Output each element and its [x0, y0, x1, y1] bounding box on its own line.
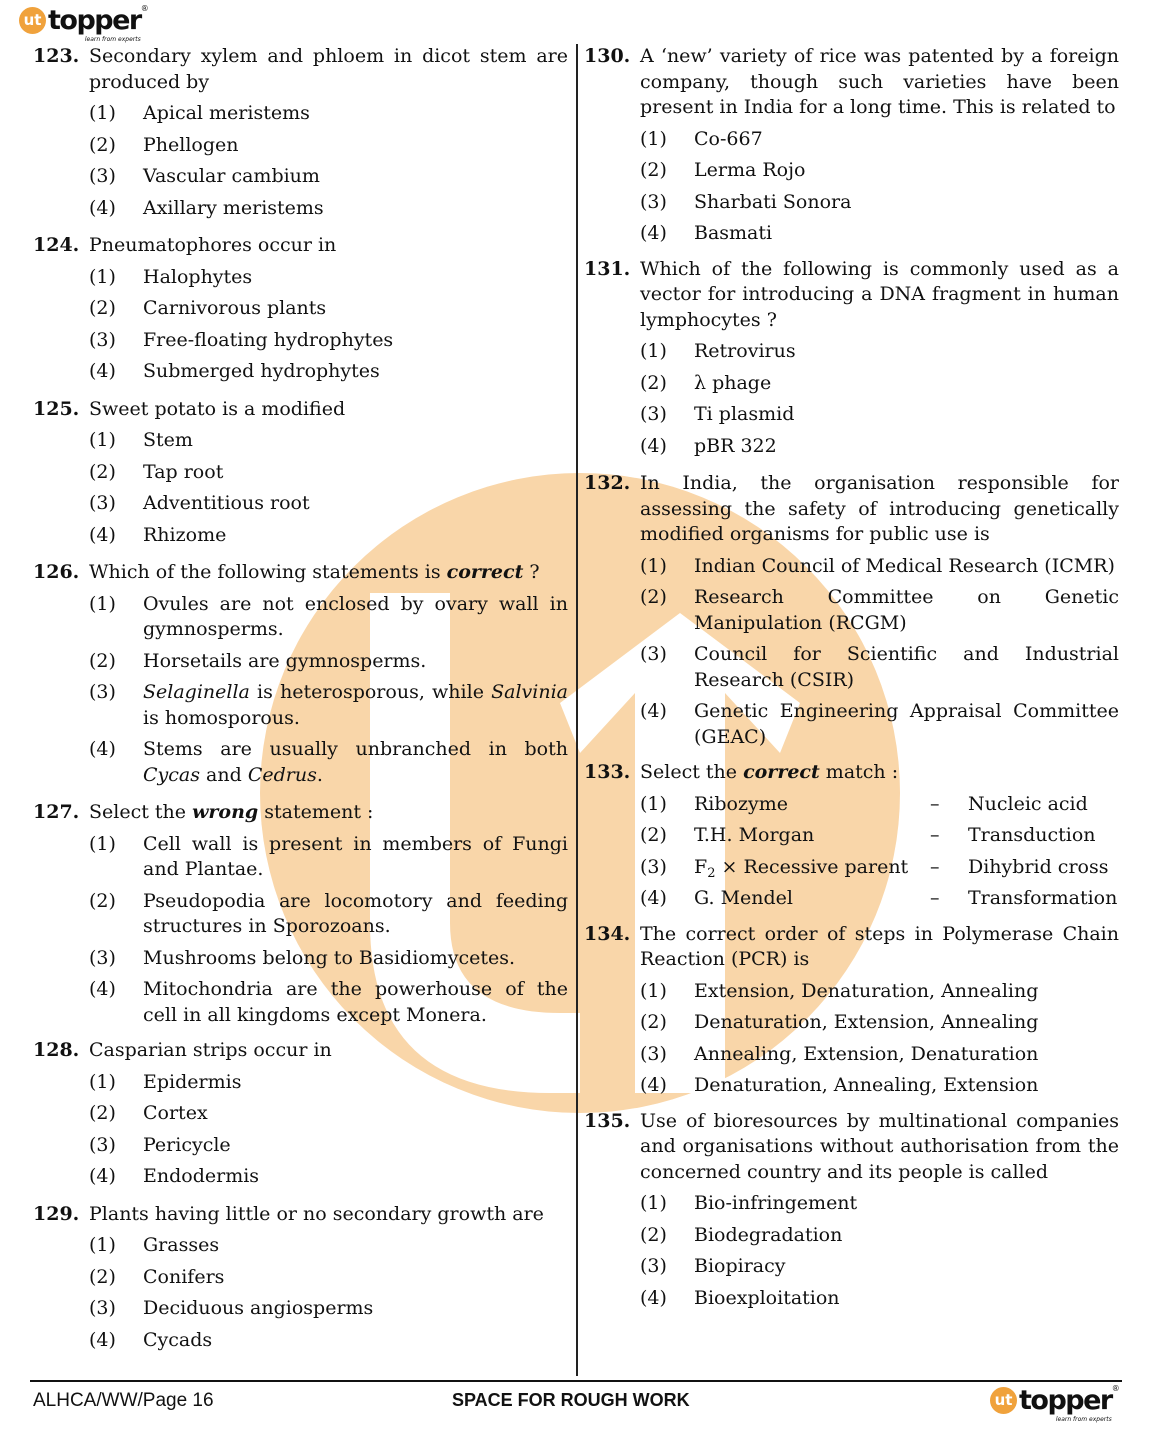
option-number: (2)	[89, 889, 143, 940]
question-block: 132.In India, the organisation responsib…	[584, 471, 1119, 750]
question-header: 134.The correct order of steps in Polyme…	[584, 922, 1119, 973]
question-number: 123.	[33, 44, 89, 95]
question-block: 130.A ‘new’ variety of rice was patented…	[584, 44, 1119, 247]
option-number: (1)	[640, 127, 694, 153]
match-dash: –	[930, 855, 968, 881]
answer-option: (3)Sharbati Sonora	[584, 190, 1119, 216]
option-number: (2)	[640, 585, 694, 636]
question-number: 129.	[33, 1202, 89, 1228]
question-block: 131.Which of the following is commonly u…	[584, 257, 1119, 460]
option-number: (1)	[89, 265, 143, 291]
option-text: Epidermis	[143, 1070, 568, 1096]
logo-wordmark: topper ® learn from experts	[1019, 1387, 1112, 1414]
answer-option: (3)Mushrooms belong to Basidiomycetes.	[33, 946, 568, 972]
question-text: Sweet potato is a modified	[89, 397, 568, 423]
answer-option: (1)Ribozyme–Nucleic acid	[584, 792, 1119, 818]
option-number: (1)	[640, 339, 694, 365]
logo-tagline: learn from experts	[85, 37, 141, 43]
option-number: (3)	[640, 402, 694, 428]
option-number: (1)	[89, 1070, 143, 1096]
option-text: Ovules are not enclosed by ovary wall in…	[143, 592, 568, 643]
match-left: F2 × Recessive parent	[694, 855, 930, 881]
option-number: (2)	[640, 1010, 694, 1036]
question-header: 129.Plants having little or no secondary…	[33, 1202, 568, 1228]
answer-option: (2)Pseudopodia are locomotory and feedin…	[33, 889, 568, 940]
answer-option: (4)Axillary meristems	[33, 196, 568, 222]
match-dash: –	[930, 886, 968, 912]
question-header: 125.Sweet potato is a modified	[33, 397, 568, 423]
option-text: Free-floating hydrophytes	[143, 328, 568, 354]
italic-term: Cedrus	[248, 764, 317, 786]
option-number: (1)	[89, 101, 143, 127]
answer-option: (4)Basmati	[584, 221, 1119, 247]
option-number: (1)	[89, 832, 143, 883]
question-header: 124.Pneumatophores occur in	[33, 233, 568, 259]
question-number: 124.	[33, 233, 89, 259]
answer-option: (1)Apical meristems	[33, 101, 568, 127]
option-number: (3)	[89, 1133, 143, 1159]
italic-term: Selaginella	[143, 681, 250, 703]
option-text: Cell wall is present in members of Fungi…	[143, 832, 568, 883]
answer-option: (1)Extension, Denaturation, Annealing	[584, 979, 1119, 1005]
question-number: 125.	[33, 397, 89, 423]
question-text-post: statement :	[258, 801, 373, 823]
question-emphasis: correct	[447, 561, 524, 583]
option-number: (3)	[640, 190, 694, 216]
registered-mark: ®	[141, 5, 149, 13]
footer-rule	[30, 1380, 1122, 1382]
option-number: (2)	[640, 371, 694, 397]
option-number: (4)	[640, 1073, 694, 1099]
option-number: (4)	[89, 523, 143, 549]
answer-option: (1)Cell wall is present in members of Fu…	[33, 832, 568, 883]
question-text: A ‘new’ variety of rice was patented by …	[640, 44, 1119, 121]
answer-option: (1)Stem	[33, 428, 568, 454]
option-number: (2)	[89, 649, 143, 675]
answer-option: (3)Adventitious root	[33, 491, 568, 517]
column-divider	[576, 44, 578, 1376]
question-block: 123.Secondary xylem and phloem in dicot …	[33, 44, 568, 221]
option-text-part: and	[200, 764, 248, 786]
answer-option: (1)Retrovirus	[584, 339, 1119, 365]
question-block: 129.Plants having little or no secondary…	[33, 1202, 568, 1354]
question-block: 125.Sweet potato is a modified(1)Stem(2)…	[33, 397, 568, 549]
option-text-part: Stems are usually unbranched in both	[143, 738, 568, 760]
answer-option: (2)Denaturation, Extension, Annealing	[584, 1010, 1119, 1036]
answer-option: (3)Selaginella is heterosporous, while S…	[33, 680, 568, 731]
question-emphasis: correct	[743, 761, 820, 783]
option-text: Tap root	[143, 460, 568, 486]
question-block: 135.Use of bioresources by multinational…	[584, 1109, 1119, 1312]
topper-logo: ut topper ® learn from experts	[19, 7, 141, 34]
option-text: Cortex	[143, 1101, 568, 1127]
option-text: Cycads	[143, 1328, 568, 1354]
question-header: 133.Select the correct match :	[584, 760, 1119, 786]
answer-option: (1)Indian Council of Medical Research (I…	[584, 554, 1119, 580]
question-number: 131.	[584, 257, 640, 334]
question-number: 133.	[584, 760, 640, 786]
option-text: Stem	[143, 428, 568, 454]
match-dash: –	[930, 823, 968, 849]
answer-option: (4)Submerged hydrophytes	[33, 359, 568, 385]
question-number: 135.	[584, 1109, 640, 1186]
option-number: (2)	[89, 133, 143, 159]
option-text: Selaginella is heterosporous, while Salv…	[143, 680, 568, 731]
option-text: Sharbati Sonora	[694, 190, 1119, 216]
answer-option: (2)Phellogen	[33, 133, 568, 159]
question-text-post: ?	[523, 561, 539, 583]
option-text-part: is heterosporous, while	[250, 681, 491, 703]
question-text: Which of the following statements is cor…	[89, 560, 568, 586]
logo-tagline: learn from experts	[1056, 1417, 1112, 1423]
answer-option: (4)G. Mendel–Transformation	[584, 886, 1119, 912]
option-number: (1)	[640, 554, 694, 580]
option-text: Conifers	[143, 1265, 568, 1291]
option-text: Mushrooms belong to Basidiomycetes.	[143, 946, 568, 972]
option-text: Apical meristems	[143, 101, 568, 127]
option-number: (4)	[89, 1164, 143, 1190]
question-text: Secondary xylem and phloem in dicot stem…	[89, 44, 568, 95]
question-header: 131.Which of the following is commonly u…	[584, 257, 1119, 334]
option-number: (3)	[89, 491, 143, 517]
option-text: Denaturation, Extension, Annealing	[694, 1010, 1119, 1036]
option-text-part: is homosporous.	[143, 707, 300, 729]
option-number: (3)	[640, 855, 694, 881]
answer-option: (3)Pericycle	[33, 1133, 568, 1159]
question-text: Select the correct match :	[640, 760, 1119, 786]
page-code: ALHCA/WW/Page 16	[33, 1390, 214, 1412]
option-text: λ phage	[694, 371, 1119, 397]
answer-option: (1)Bio-infringement	[584, 1191, 1119, 1217]
option-text: pBR 322	[694, 434, 1119, 460]
option-number: (4)	[89, 737, 143, 788]
question-number: 127.	[33, 800, 89, 826]
option-number: (2)	[640, 823, 694, 849]
topper-logo-footer: ut topper ® learn from experts	[990, 1387, 1112, 1414]
option-text: Pericycle	[143, 1133, 568, 1159]
option-text: Extension, Denaturation, Annealing	[694, 979, 1119, 1005]
match-dash: –	[930, 792, 968, 818]
question-header: 126.Which of the following statements is…	[33, 560, 568, 586]
question-number: 134.	[584, 922, 640, 973]
option-text: Phellogen	[143, 133, 568, 159]
italic-term: Salvinia	[491, 681, 568, 703]
question-number: 126.	[33, 560, 89, 586]
option-text: Endodermis	[143, 1164, 568, 1190]
question-text-pre: Which of the following statements is	[89, 561, 447, 583]
answer-option: (2)Lerma Rojo	[584, 158, 1119, 184]
answer-option: (3)Ti plasmid	[584, 402, 1119, 428]
option-number: (4)	[640, 699, 694, 750]
option-text: Genetic Engineering Appraisal Committee …	[694, 699, 1119, 750]
option-number: (2)	[89, 296, 143, 322]
option-text: Carnivorous plants	[143, 296, 568, 322]
answer-option: (4)Genetic Engineering Appraisal Committ…	[584, 699, 1119, 750]
question-header: 135.Use of bioresources by multinational…	[584, 1109, 1119, 1186]
option-text: Indian Council of Medical Research (ICMR…	[694, 554, 1119, 580]
option-text: Halophytes	[143, 265, 568, 291]
option-text: Deciduous angiosperms	[143, 1296, 568, 1322]
option-text-part: .	[317, 764, 323, 786]
question-header: 127.Select the wrong statement :	[33, 800, 568, 826]
option-text: Retrovirus	[694, 339, 1119, 365]
option-number: (2)	[640, 158, 694, 184]
option-text: Axillary meristems	[143, 196, 568, 222]
answer-option: (2)Research Committee on Genetic Manipul…	[584, 585, 1119, 636]
answer-option: (3)Biopiracy	[584, 1254, 1119, 1280]
question-block: 133.Select the correct match :(1)Ribozym…	[584, 760, 1119, 912]
option-text: Pseudopodia are locomotory and feeding s…	[143, 889, 568, 940]
exam-page: ut topper ® learn from experts 123.Secon…	[0, 0, 1152, 1445]
answer-option: (4)Rhizome	[33, 523, 568, 549]
question-text-pre: Select the	[89, 801, 192, 823]
question-number: 128.	[33, 1038, 89, 1064]
option-number: (4)	[89, 196, 143, 222]
option-number: (3)	[640, 1254, 694, 1280]
answer-option: (1)Co-667	[584, 127, 1119, 153]
option-text: Bioexploitation	[694, 1286, 1119, 1312]
logo-word: topper	[48, 5, 141, 36]
option-text: Denaturation, Annealing, Extension	[694, 1073, 1119, 1099]
option-number: (3)	[89, 946, 143, 972]
match-right: Dihybrid cross	[968, 855, 1119, 881]
option-number: (4)	[640, 221, 694, 247]
option-text: Lerma Rojo	[694, 158, 1119, 184]
option-text: Rhizome	[143, 523, 568, 549]
answer-option: (3)Council for Scientific and Industrial…	[584, 642, 1119, 693]
answer-option: (3)Deciduous angiosperms	[33, 1296, 568, 1322]
logo-wordmark: topper ® learn from experts	[48, 7, 141, 34]
answer-option: (2)T.H. Morgan–Transduction	[584, 823, 1119, 849]
question-emphasis: wrong	[192, 801, 258, 823]
right-column: 130.A ‘new’ variety of rice was patented…	[584, 44, 1119, 1321]
option-number: (3)	[89, 328, 143, 354]
question-text: Casparian strips occur in	[89, 1038, 568, 1064]
match-left: T.H. Morgan	[694, 823, 930, 849]
question-text: Plants having little or no secondary gro…	[89, 1202, 568, 1228]
option-number: (1)	[640, 1191, 694, 1217]
option-number: (3)	[89, 164, 143, 190]
question-block: 124.Pneumatophores occur in(1)Halophytes…	[33, 233, 568, 385]
answer-option: (1)Ovules are not enclosed by ovary wall…	[33, 592, 568, 643]
option-text: Submerged hydrophytes	[143, 359, 568, 385]
answer-option: (4)Stems are usually unbranched in both …	[33, 737, 568, 788]
option-number: (3)	[640, 1042, 694, 1068]
question-header: 123.Secondary xylem and phloem in dicot …	[33, 44, 568, 95]
match-right: Nucleic acid	[968, 792, 1119, 818]
answer-option: (2)λ phage	[584, 371, 1119, 397]
question-block: 127.Select the wrong statement :(1)Cell …	[33, 800, 568, 1028]
answer-option: (1)Grasses	[33, 1233, 568, 1259]
answer-option: (1)Epidermis	[33, 1070, 568, 1096]
match-right: Transformation	[968, 886, 1119, 912]
registered-mark: ®	[1112, 1385, 1120, 1393]
option-text: Grasses	[143, 1233, 568, 1259]
answer-option: (2)Horsetails are gymnosperms.	[33, 649, 568, 675]
answer-option: (2)Tap root	[33, 460, 568, 486]
option-text: Biopiracy	[694, 1254, 1119, 1280]
option-text: Co-667	[694, 127, 1119, 153]
answer-option: (3)F2 × Recessive parent–Dihybrid cross	[584, 855, 1119, 881]
question-text-post: match :	[820, 761, 898, 783]
question-block: 126.Which of the following statements is…	[33, 560, 568, 788]
option-text: Stems are usually unbranched in both Cyc…	[143, 737, 568, 788]
option-number: (4)	[89, 359, 143, 385]
answer-option: (2)Carnivorous plants	[33, 296, 568, 322]
option-text: Horsetails are gymnosperms.	[143, 649, 568, 675]
option-text: Basmati	[694, 221, 1119, 247]
option-number: (2)	[89, 1101, 143, 1127]
question-block: 128.Casparian strips occur in(1)Epidermi…	[33, 1038, 568, 1190]
question-header: 128.Casparian strips occur in	[33, 1038, 568, 1064]
option-text: Annealing, Extension, Denaturation	[694, 1042, 1119, 1068]
option-text: Mitochondria are the powerhouse of the c…	[143, 977, 568, 1028]
option-number: (3)	[89, 1296, 143, 1322]
question-text: Which of the following is commonly used …	[640, 257, 1119, 334]
question-text: In India, the organisation responsible f…	[640, 471, 1119, 548]
question-text: Use of bioresources by multinational com…	[640, 1109, 1119, 1186]
option-number: (4)	[640, 1286, 694, 1312]
topper-badge-icon: ut	[990, 1387, 1017, 1414]
match-left-post: × Recessive parent	[715, 856, 908, 878]
option-number: (2)	[89, 1265, 143, 1291]
option-number: (1)	[640, 792, 694, 818]
option-number: (1)	[89, 428, 143, 454]
option-number: (4)	[640, 434, 694, 460]
left-column: 123.Secondary xylem and phloem in dicot …	[33, 44, 568, 1363]
answer-option: (1)Halophytes	[33, 265, 568, 291]
answer-option: (4)Endodermis	[33, 1164, 568, 1190]
question-number: 130.	[584, 44, 640, 121]
answer-option: (4)Denaturation, Annealing, Extension	[584, 1073, 1119, 1099]
answer-option: (4)pBR 322	[584, 434, 1119, 460]
rough-work-note: SPACE FOR ROUGH WORK	[452, 1390, 690, 1411]
option-number: (1)	[89, 592, 143, 643]
question-text: Pneumatophores occur in	[89, 233, 568, 259]
answer-option: (4)Mitochondria are the powerhouse of th…	[33, 977, 568, 1028]
question-header: 132.In India, the organisation responsib…	[584, 471, 1119, 548]
match-left: G. Mendel	[694, 886, 930, 912]
option-number: (4)	[89, 977, 143, 1028]
answer-option: (3)Vascular cambium	[33, 164, 568, 190]
option-number: (2)	[640, 1223, 694, 1249]
question-header: 130.A ‘new’ variety of rice was patented…	[584, 44, 1119, 121]
answer-option: (4)Cycads	[33, 1328, 568, 1354]
option-text: Bio-infringement	[694, 1191, 1119, 1217]
option-number: (3)	[640, 642, 694, 693]
option-number: (4)	[640, 886, 694, 912]
question-number: 132.	[584, 471, 640, 548]
option-text: Council for Scientific and Industrial Re…	[694, 642, 1119, 693]
logo-word: topper	[1019, 1385, 1112, 1416]
question-text-pre: Select the	[640, 761, 743, 783]
option-number: (1)	[640, 979, 694, 1005]
answer-option: (2)Conifers	[33, 1265, 568, 1291]
answer-option: (3)Free-floating hydrophytes	[33, 328, 568, 354]
match-left-pre: F	[694, 856, 707, 878]
topper-badge-icon: ut	[19, 7, 46, 34]
answer-option: (4)Bioexploitation	[584, 1286, 1119, 1312]
question-block: 134.The correct order of steps in Polyme…	[584, 922, 1119, 1099]
match-right: Transduction	[968, 823, 1119, 849]
question-text: Select the wrong statement :	[89, 800, 568, 826]
option-number: (2)	[89, 460, 143, 486]
option-text: Ti plasmid	[694, 402, 1119, 428]
italic-term: Cycas	[143, 764, 200, 786]
option-number: (4)	[89, 1328, 143, 1354]
option-text: Research Committee on Genetic Manipulati…	[694, 585, 1119, 636]
answer-option: (3)Annealing, Extension, Denaturation	[584, 1042, 1119, 1068]
answer-option: (2)Cortex	[33, 1101, 568, 1127]
answer-option: (2)Biodegradation	[584, 1223, 1119, 1249]
option-number: (3)	[89, 680, 143, 731]
option-text: Adventitious root	[143, 491, 568, 517]
match-left: Ribozyme	[694, 792, 930, 818]
question-text: The correct order of steps in Polymerase…	[640, 922, 1119, 973]
option-text: Vascular cambium	[143, 164, 568, 190]
option-text: Biodegradation	[694, 1223, 1119, 1249]
option-number: (1)	[89, 1233, 143, 1259]
